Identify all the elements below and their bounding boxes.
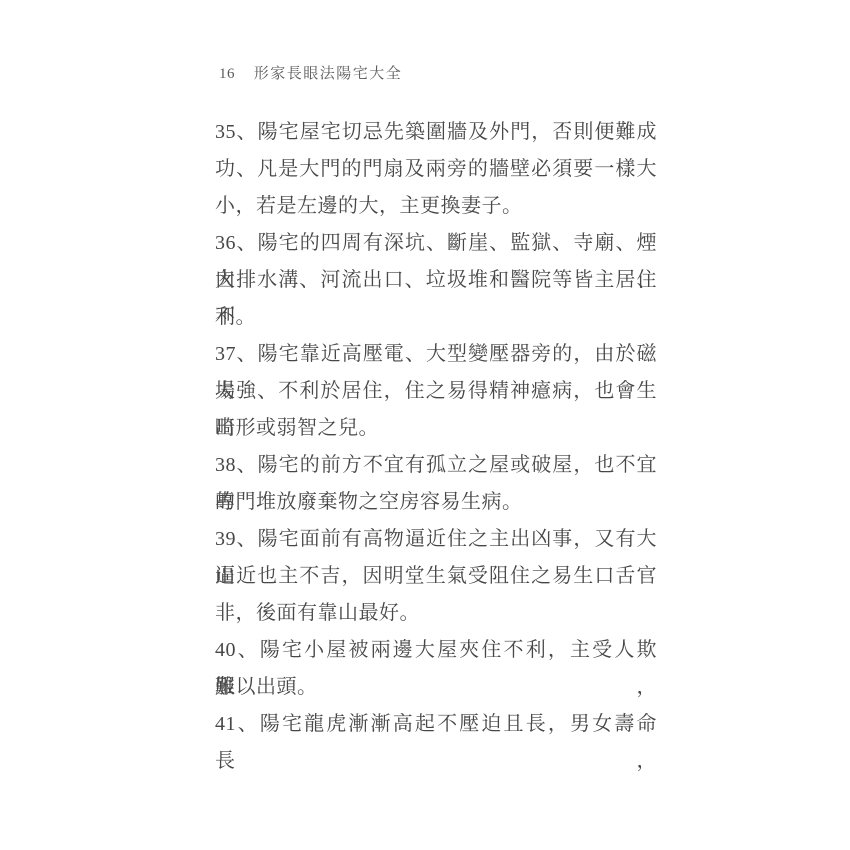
page-header: 16 形家長眼法陽宅大全 (219, 62, 402, 83)
book-title: 形家長眼法陽宅大全 (254, 62, 403, 83)
text-line: 畸形或弱智之兒。 (215, 410, 657, 447)
text-line: 功、凡是大門的門扇及兩旁的牆壁必須要一樣大 (215, 151, 657, 188)
text-line: 專門堆放廢棄物之空房容易生病。 (215, 484, 657, 521)
text-line: 太強、不利於居住，住之易得精神癔病，也會生出 (215, 373, 657, 410)
text-line: 小，若是左邊的大，主更換妻子。 (215, 188, 657, 225)
book-page: 16 形家長眼法陽宅大全 35、陽宅屋宅切忌先築圍牆及外門，否則便難成 功、凡是… (0, 0, 850, 850)
text-line: 40、陽宅小屋被兩邊大屋夾住不利，主受人欺服， (215, 632, 657, 669)
text-line: 大排水溝、河流出口、垃圾堆和醫院等皆主居住不 (215, 262, 657, 299)
text-line: 38、陽宅的前方不宜有孤立之屋或破屋，也不宜的 (215, 447, 657, 484)
body-text-block: 35、陽宅屋宅切忌先築圍牆及外門，否則便難成 功、凡是大門的門扇及兩旁的牆壁必須… (215, 114, 657, 743)
text-line: 35、陽宅屋宅切忌先築圍牆及外門，否則便難成 (215, 114, 657, 151)
text-line: 非，後面有靠山最好。 (215, 595, 657, 632)
text-line: 37、陽宅靠近高壓電、大型變壓器旁的，由於磁場 (215, 336, 657, 373)
page-number: 16 (219, 66, 235, 83)
text-line: 利。 (215, 299, 657, 336)
text-line: 逼近也主不吉，因明堂生氣受阻住之易生口舌官 (215, 558, 657, 595)
text-line: 39、陽宅面前有高物逼近住之主出凶事，又有大山 (215, 521, 657, 558)
text-line: 36、陽宅的四周有深坑、斷崖、監獄、寺廟、煙囪、 (215, 225, 657, 262)
text-line: 41、陽宅龍虎漸漸高起不壓迫且長，男女壽命長， (215, 706, 657, 743)
